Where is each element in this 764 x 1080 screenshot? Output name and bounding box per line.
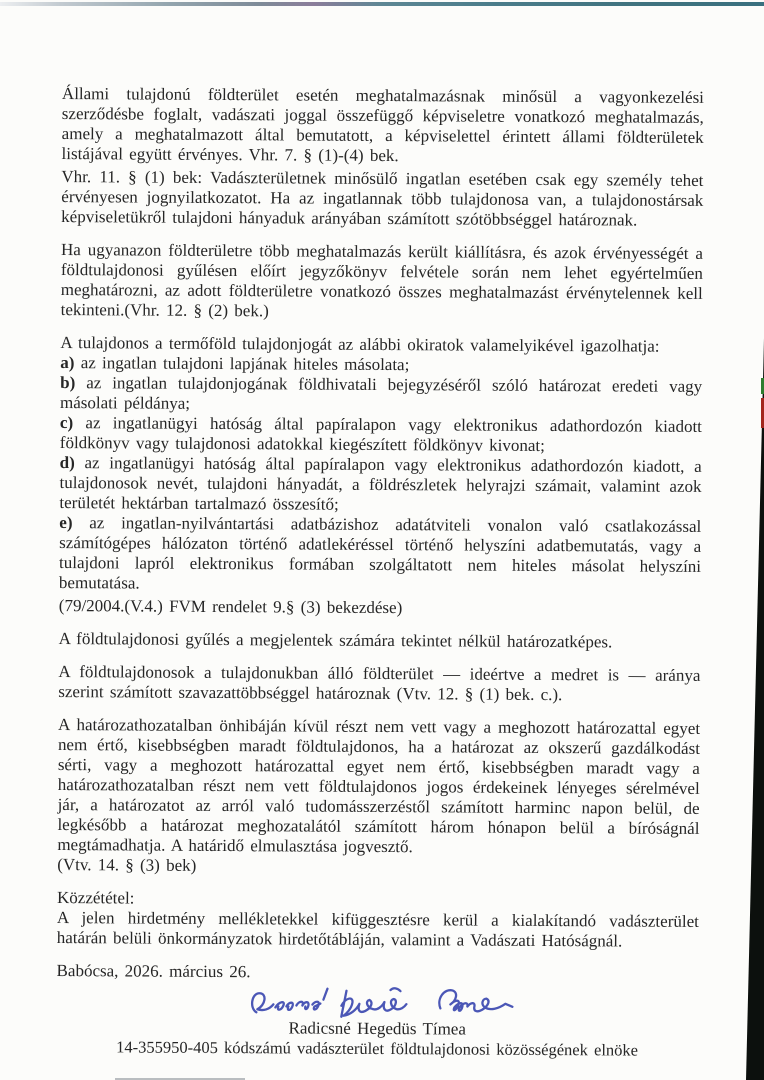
list-marker-d: d) bbox=[60, 453, 75, 472]
paragraph-quorum: A földtulajdonosi gyűlés a megjelentek s… bbox=[59, 629, 701, 653]
list-text-a: az ingatlan tulajdoni lapjának hiteles m… bbox=[81, 353, 410, 374]
list-text-d: az ingatlanügyi hatóság által papíralapo… bbox=[59, 453, 701, 514]
paragraph-state-land-authorization: Állami tulajdonú földterület esetén megh… bbox=[62, 84, 704, 168]
signer-title: 14-355950-405 kódszámú vadászterület föl… bbox=[56, 1037, 698, 1061]
list-marker-a: a) bbox=[60, 353, 74, 372]
scan-right-edge-artifact bbox=[746, 338, 764, 1080]
scanned-document-page: Állami tulajdonú földterület esetén megh… bbox=[0, 0, 764, 1080]
paragraph-fvm-reference: (79/2004.(V.4.) FVM rendelet 9.§ (3) bek… bbox=[59, 596, 701, 620]
paragraph-vtv-reference: (Vtv. 14. § (3) bek) bbox=[57, 855, 699, 879]
list-item-d: d) az ingatlanügyi hatóság által papíral… bbox=[59, 453, 701, 517]
list-text-e: az ingatlan-nyilvántartási adatbázishoz … bbox=[59, 513, 701, 592]
paragraph-appeal-rules: A határozathozatalban önhibáján kívül ré… bbox=[57, 715, 700, 859]
paragraph-multiple-authorizations: Ha ugyanazon földterületre több meghatal… bbox=[61, 240, 703, 324]
scan-top-edge-artifact bbox=[0, 2, 764, 6]
document-body: Állami tulajdonú földterület esetén megh… bbox=[56, 84, 704, 1061]
list-item-b: b) az ingatlan tulajdonjogának földhivat… bbox=[60, 373, 702, 417]
list-item-e: e) az ingatlan-nyilvántartási adatbázish… bbox=[59, 513, 701, 597]
paragraph-vhr-11: Vhr. 11. § (1) bek: Vadászterületnek min… bbox=[61, 167, 703, 231]
list-text-c: az ingatlanügyi hatóság által papíralapo… bbox=[60, 413, 702, 455]
paragraph-voting-majority: A földtulajdonosok a tulajdonukban álló … bbox=[58, 662, 700, 706]
list-item-c: c) az ingatlanügyi hatóság által papíral… bbox=[60, 413, 702, 457]
list-marker-b: b) bbox=[60, 373, 75, 392]
list-marker-e: e) bbox=[59, 513, 72, 532]
list-text-b: az ingatlan tulajdonjogának földhivatali… bbox=[60, 373, 702, 413]
publication-text: A jelen hirdetmény mellékletekkel kifügg… bbox=[57, 908, 699, 952]
list-marker-c: c) bbox=[60, 413, 73, 432]
